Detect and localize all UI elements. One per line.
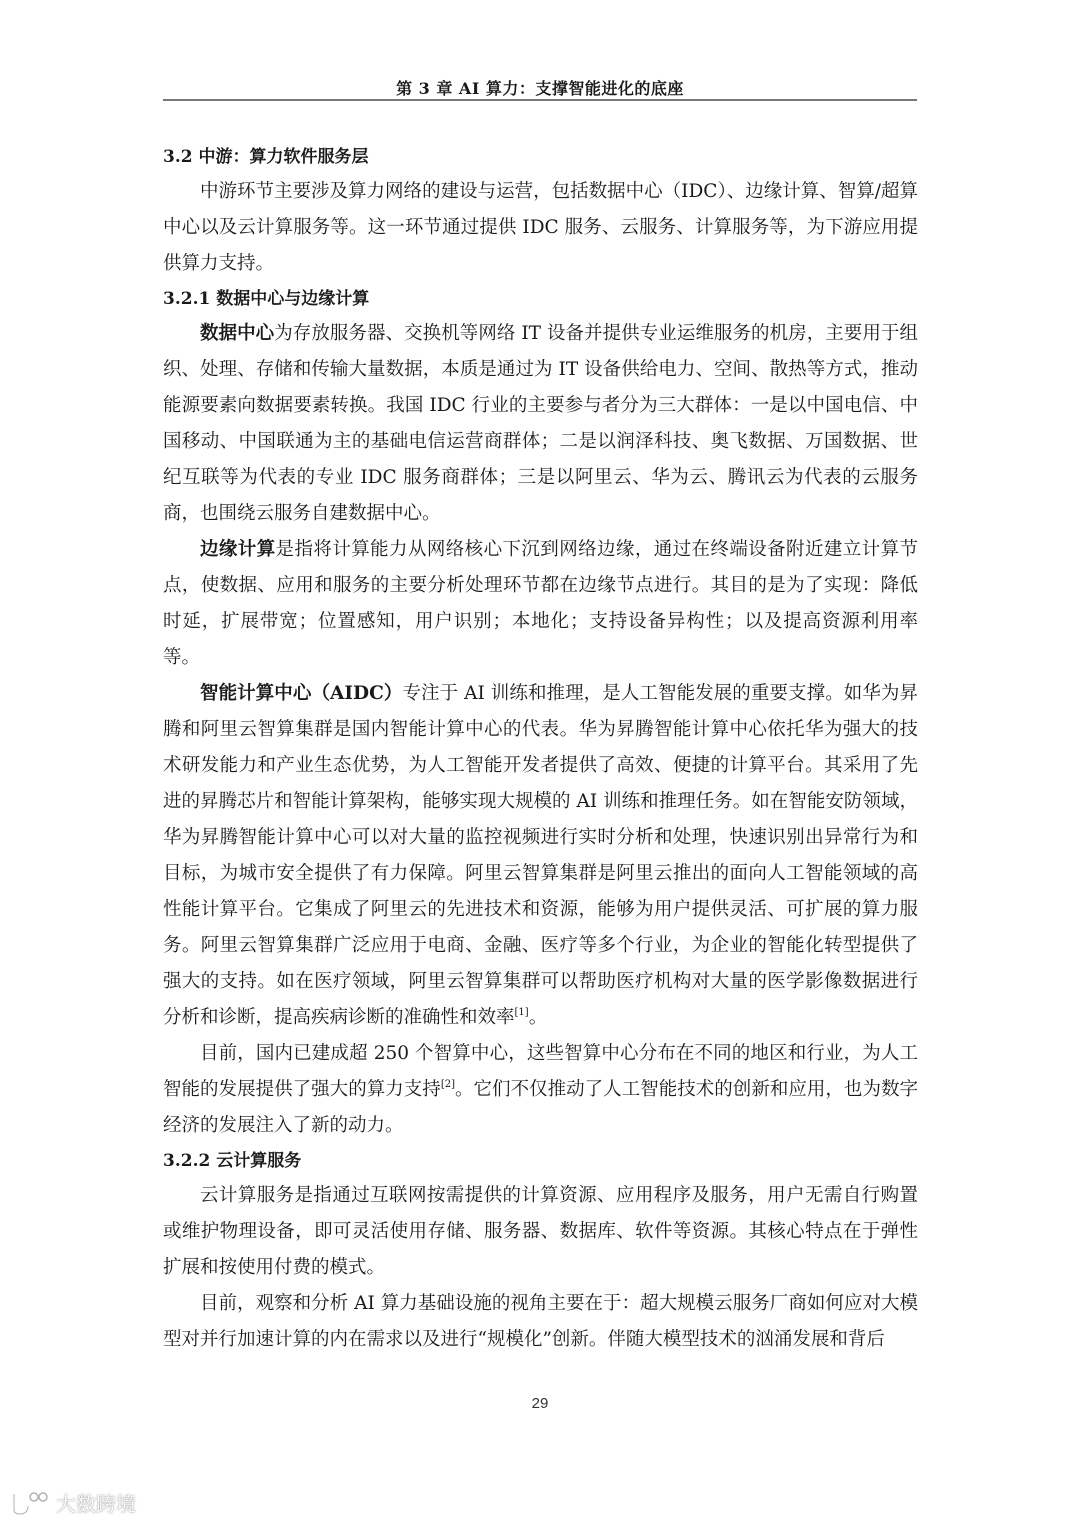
paragraph-edge-computing: 边缘计算是指将计算能力从网络核心下沉到网络边缘，通过在终端设备附近建立计算节点，… xyxy=(163,532,918,676)
watermark-text: 大数跨境 xyxy=(56,1488,136,1517)
section-heading: 3.2 中游：算力软件服务层 xyxy=(163,140,918,174)
page-number: 29 xyxy=(0,1395,1080,1412)
paragraph-text: 为存放服务器、交换机等网络 IT 设备并提供专业运维服务的机房，主要用于组织、处… xyxy=(163,323,918,524)
paragraph-data-center: 数据中心为存放服务器、交换机等网络 IT 设备并提供专业运维服务的机房，主要用于… xyxy=(163,316,918,532)
section-intro-paragraph: 中游环节主要涉及算力网络的建设与运营，包括数据中心（IDC）、边缘计算、智算/超… xyxy=(163,174,918,282)
running-header: 第 3 章 AI 算力：支撑智能进化的底座 xyxy=(163,76,917,99)
citation-2[interactable]: [2] xyxy=(441,1079,455,1090)
paragraph-aidc: 智能计算中心（AIDC）专注于 AI 训练和推理，是人工智能发展的重要支撑。如华… xyxy=(163,676,918,1036)
header-divider xyxy=(163,99,917,101)
term-aidc: 智能计算中心（AIDC） xyxy=(200,683,402,704)
paragraph-text: 专注于 AI 训练和推理，是人工智能发展的重要支撑。如华为昇腾和阿里云智算集群是… xyxy=(163,683,918,1028)
paragraph-text: 是指将计算能力从网络核心下沉到网络边缘，通过在终端设备附近建立计算节点，使数据、… xyxy=(163,539,918,668)
paragraph-end: 。 xyxy=(529,1007,548,1028)
term-edge-computing: 边缘计算 xyxy=(200,539,276,560)
watermark: 大数跨境 xyxy=(10,1488,136,1517)
watermark-logo-icon xyxy=(10,1490,50,1516)
paragraph-aidc-count: 目前，国内已建成超 250 个智算中心，这些智算中心分布在不同的地区和行业，为人… xyxy=(163,1036,918,1144)
page-body: 3.2 中游：算力软件服务层 中游环节主要涉及算力网络的建设与运营，包括数据中心… xyxy=(163,140,918,1358)
subsection-heading-3-2-2: 3.2.2 云计算服务 xyxy=(163,1144,918,1178)
term-data-center: 数据中心 xyxy=(200,323,274,344)
subsection-heading-3-2-1: 3.2.1 数据中心与边缘计算 xyxy=(163,282,918,316)
paragraph-cloud-perspective: 目前，观察和分析 AI 算力基础设施的视角主要在于：超大规模云服务厂商如何应对大… xyxy=(163,1286,918,1358)
citation-1[interactable]: [1] xyxy=(515,1007,529,1018)
paragraph-cloud-definition: 云计算服务是指通过互联网按需提供的计算资源、应用程序及服务，用户无需自行购置或维… xyxy=(163,1178,918,1286)
